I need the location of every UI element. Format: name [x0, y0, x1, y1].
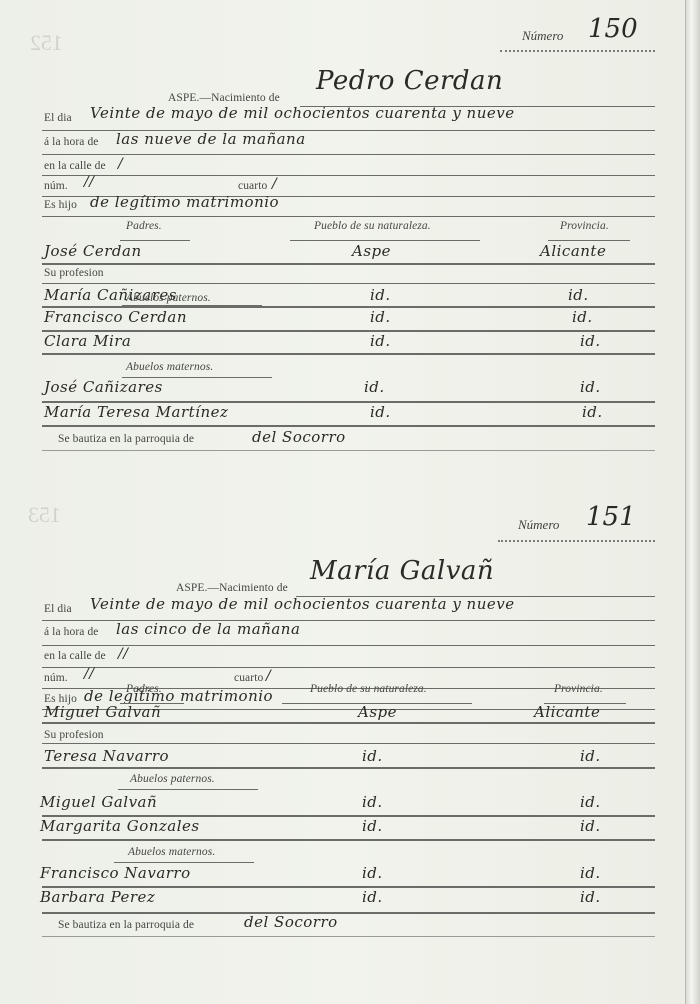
rule [42, 216, 655, 217]
rule [42, 767, 655, 769]
hora-label: á la hora de [44, 626, 99, 638]
es-hijo-label: Es hijo [44, 199, 77, 211]
rule [42, 722, 655, 724]
parish: del Socorro [252, 428, 346, 446]
bleed-through-text: 152 [30, 30, 63, 56]
father-province: Alicante [534, 703, 600, 721]
room: / [272, 176, 277, 192]
rule [42, 450, 655, 451]
maternal-grandmother-town: id. [362, 888, 383, 906]
maternal-grandfather-town: id. [364, 378, 385, 396]
father-town: Aspe [358, 703, 397, 721]
paternal-grandmother-province: id. [580, 332, 601, 350]
maternal-grandfather-province: id. [580, 864, 601, 882]
rule [42, 283, 655, 284]
paternal-grandmother-town: id. [362, 817, 383, 835]
maternal-grandmother-town: id. [370, 403, 391, 421]
father-province: Alicante [540, 242, 606, 260]
bautiza-label: Se bautiza en la parroquia de [58, 433, 194, 445]
rule [42, 154, 655, 155]
profesion-label: Su profesion [44, 267, 104, 279]
calle-label: en la calle de [44, 160, 106, 172]
birth-date: Veinte de mayo de mil ochocientos cuaren… [90, 104, 515, 122]
maternal-grandmother: María Teresa Martínez [44, 403, 228, 421]
padres-header: Padres. [126, 220, 162, 232]
rule [548, 240, 630, 241]
father-town: Aspe [352, 242, 391, 260]
mother-town: id. [362, 747, 383, 765]
paternal-grandfather-town: id. [362, 793, 383, 811]
entry-number: 151 [586, 502, 636, 532]
rule [118, 789, 258, 790]
street: / [118, 156, 123, 172]
paternal-grandfather: Miguel Galvañ [40, 793, 157, 811]
abuelos-paternos-header: Abuelos paternos. [130, 773, 215, 785]
birth-hour: las nueve de la mañana [116, 130, 306, 148]
maternal-grandfather-town: id. [362, 864, 383, 882]
entry-number: 150 [588, 14, 638, 44]
rule [42, 353, 655, 355]
mother-province: id. [580, 747, 601, 765]
town-header: ASPE.—Nacimiento de [168, 92, 280, 104]
paternal-grandmother: Margarita Gonzales [40, 817, 200, 835]
paternal-grandmother: Clara Mira [44, 332, 131, 350]
maternal-grandmother: Barbara Perez [40, 888, 155, 906]
town-header: ASPE.—Nacimiento de [176, 582, 288, 594]
rule [42, 912, 655, 914]
house-number: // [84, 174, 94, 190]
paternal-grandfather: Francisco Cerdan [44, 308, 187, 326]
room: / [266, 668, 271, 684]
num-label: núm. [44, 672, 68, 684]
rule [42, 839, 655, 841]
hora-label: á la hora de [44, 136, 99, 148]
maternal-grandfather: Francisco Navarro [40, 864, 191, 882]
parish: del Socorro [244, 913, 338, 931]
paternal-grandmother-province: id. [580, 817, 601, 835]
calle-label: en la calle de [44, 650, 106, 662]
rule [120, 240, 190, 241]
father-name: Miguel Galvañ [44, 703, 161, 721]
number-dotted-rule [498, 540, 655, 542]
el-dia-label: El dia [44, 603, 72, 615]
birth-hour: las cinco de la mañana [116, 620, 300, 638]
abuelos-paternos-header: Abuelos paternos. [126, 292, 211, 304]
father-name: José Cerdan [44, 242, 142, 260]
rule [42, 667, 655, 668]
mother-town: id. [370, 286, 391, 304]
abuelos-maternos-header: Abuelos maternos. [128, 846, 215, 858]
rule [42, 175, 655, 176]
rule [42, 936, 655, 937]
rule [42, 330, 655, 332]
register-page: 152 153 Número 150 ASPE.—Nacimiento de P… [0, 0, 686, 1004]
paternal-grandfather-town: id. [370, 308, 391, 326]
child-name: Pedro Cerdan [316, 66, 503, 96]
rule [42, 645, 655, 646]
profesion-label: Su profesion [44, 729, 104, 741]
maternal-grandfather: José Cañizares [44, 378, 163, 396]
rule [114, 862, 254, 863]
abuelos-maternos-header: Abuelos maternos. [126, 361, 213, 373]
pueblo-header: Pueblo de su naturaleza. [310, 683, 427, 695]
rule [42, 263, 655, 265]
provincia-header: Provincia. [560, 220, 609, 232]
child-name: María Galvañ [310, 556, 494, 586]
bautiza-label: Se bautiza en la parroquia de [58, 919, 194, 931]
num-label: núm. [44, 180, 68, 192]
street: // [118, 646, 128, 662]
rule [42, 425, 655, 427]
maternal-grandmother-province: id. [580, 888, 601, 906]
mother-province: id. [568, 286, 589, 304]
mother-name: Teresa Navarro [44, 747, 169, 765]
legitimacy: de legítimo matrimonio [90, 193, 279, 211]
maternal-grandmother-province: id. [582, 403, 603, 421]
pueblo-header: Pueblo de su naturaleza. [314, 220, 431, 232]
el-dia-label: El dia [44, 112, 72, 124]
rule [42, 743, 655, 744]
bleed-through-text: 153 [28, 502, 61, 528]
birth-date: Veinte de mayo de mil ochocientos cuaren… [90, 595, 515, 613]
rule [122, 305, 262, 306]
paternal-grandmother-town: id. [370, 332, 391, 350]
numero-label: Número [522, 28, 563, 44]
house-number: // [84, 666, 94, 682]
numero-label: Número [518, 517, 559, 533]
maternal-grandfather-province: id. [580, 378, 601, 396]
cuarto-label: cuarto [238, 180, 267, 192]
cuarto-label: cuarto [234, 672, 263, 684]
provincia-header: Provincia. [554, 683, 603, 695]
rule [290, 240, 480, 241]
number-dotted-rule [500, 50, 655, 52]
paternal-grandfather-province: id. [572, 308, 593, 326]
paternal-grandfather-province: id. [580, 793, 601, 811]
book-spine-edge [685, 0, 700, 1004]
padres-header: Padres. [126, 683, 162, 695]
